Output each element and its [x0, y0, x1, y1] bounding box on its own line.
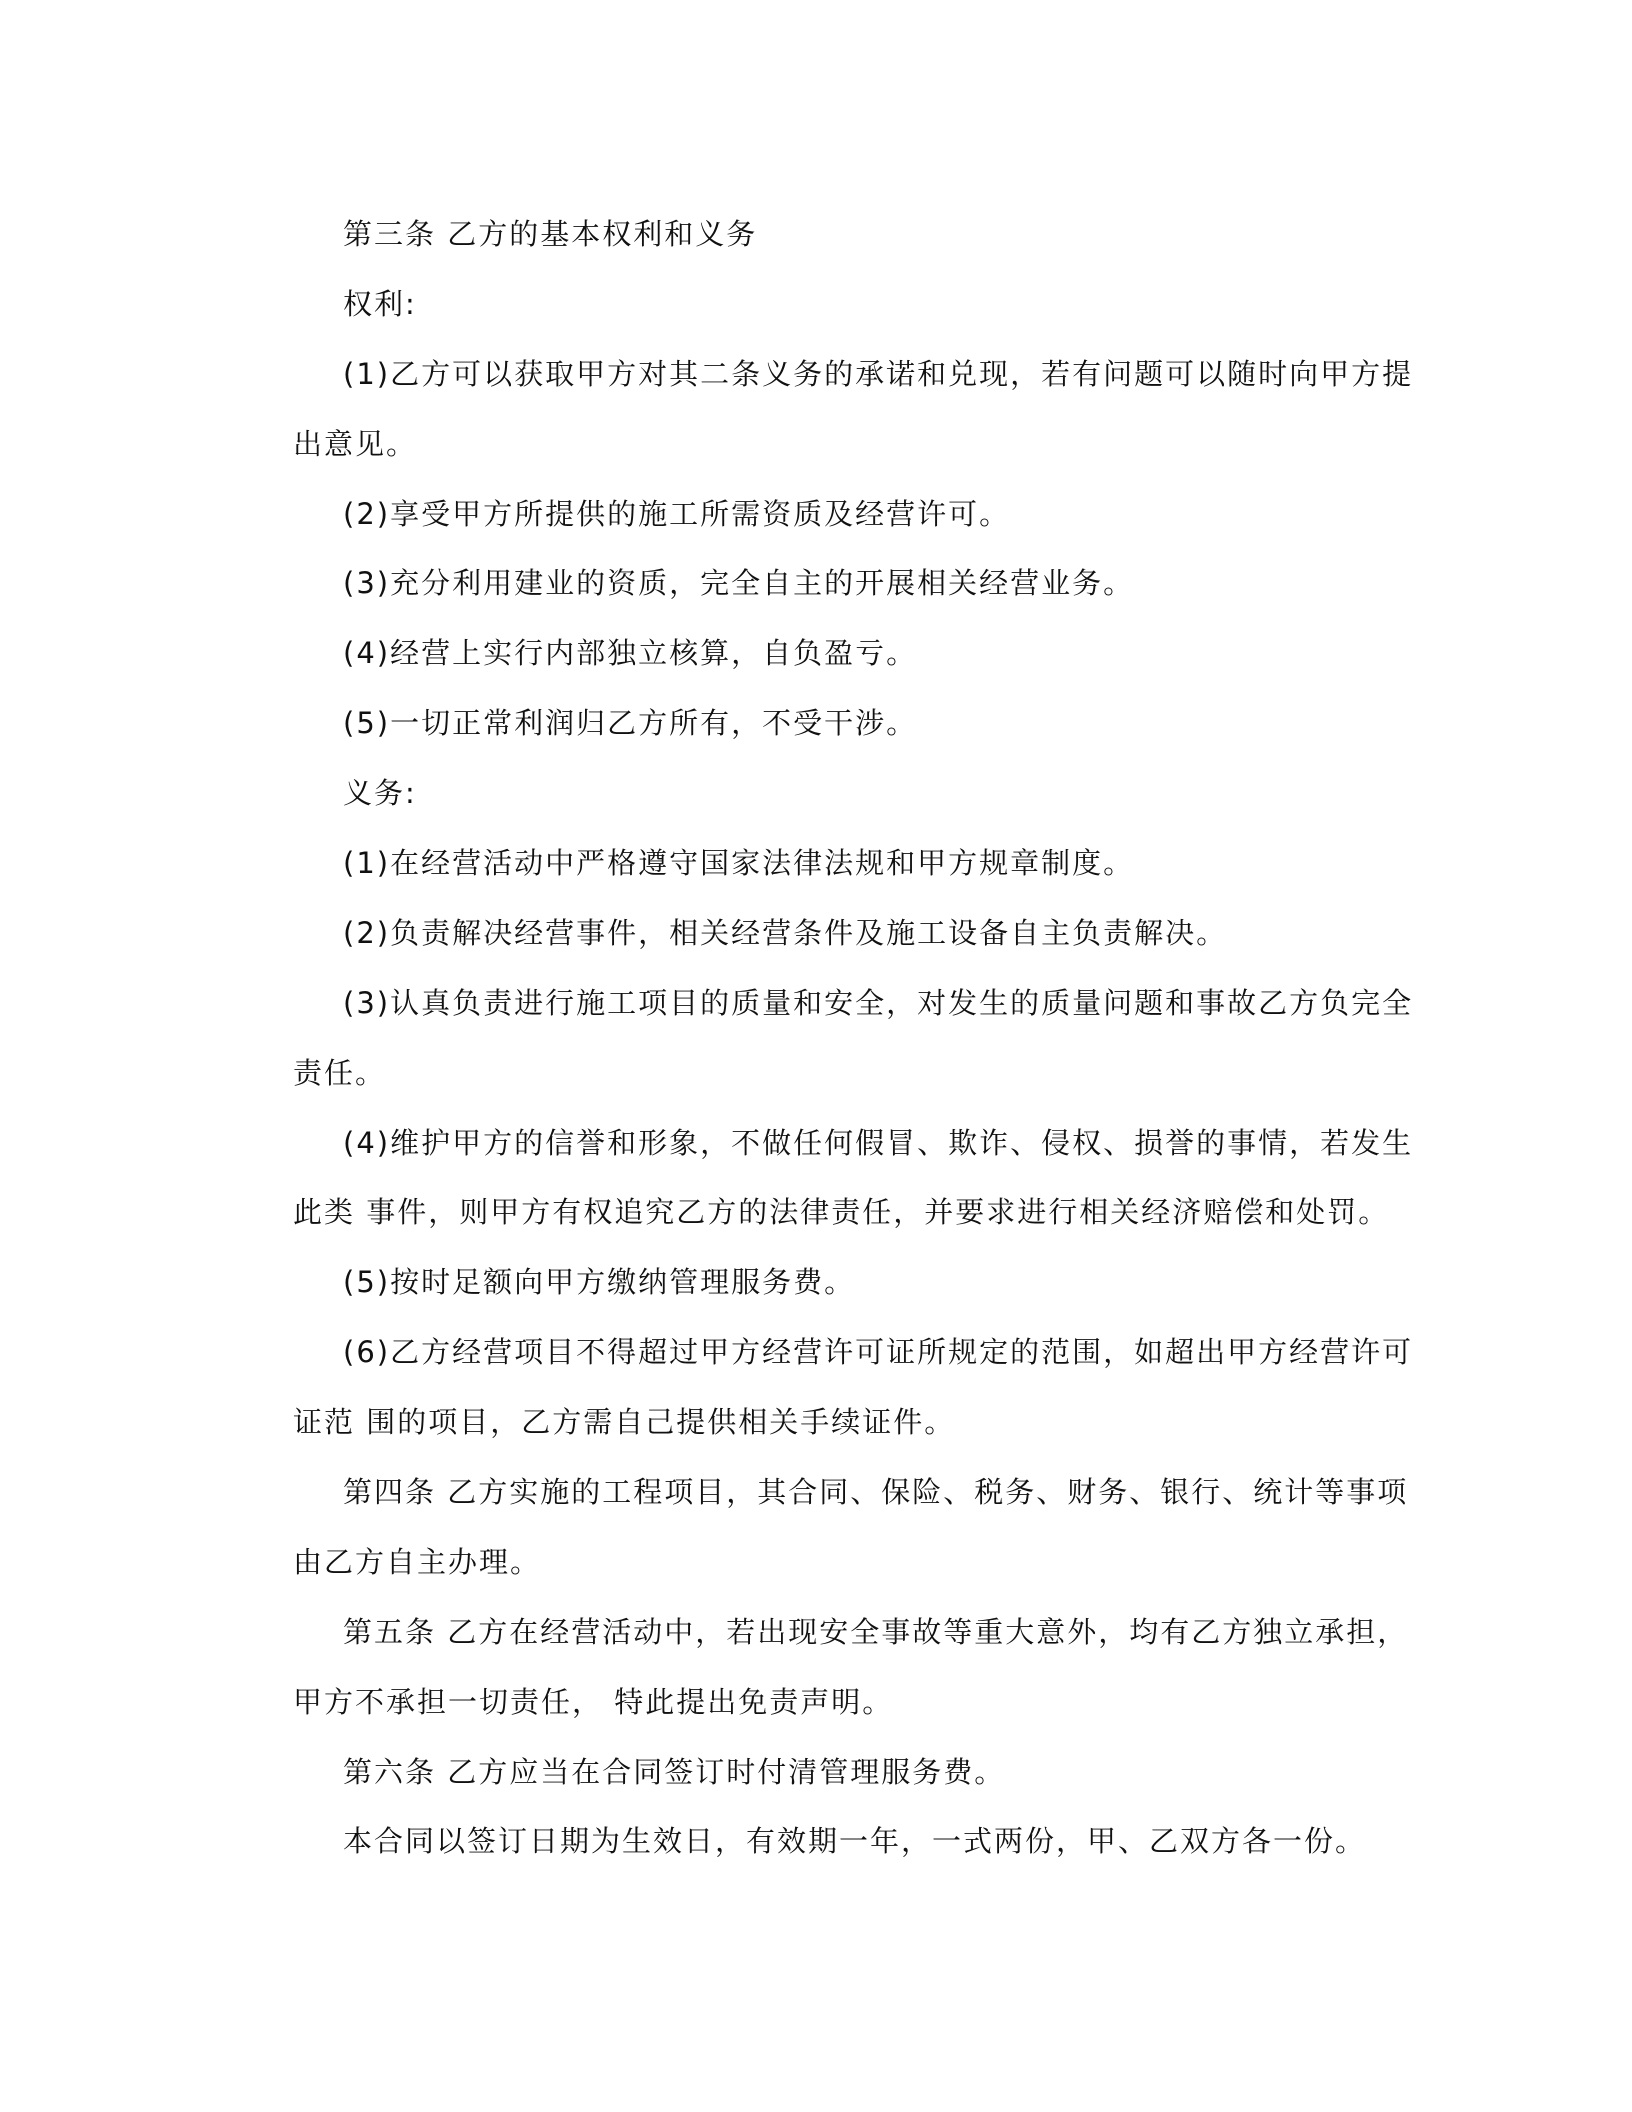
rights-subheading: 权利:	[243, 270, 1393, 340]
text-line: 由乙方自主办理。	[243, 1528, 1393, 1598]
obligations-item-4: (4)维护甲方的信誉和形象，不做任何假冒、欺诈、侵权、损誉的事情，若发生 此类 …	[243, 1109, 1393, 1249]
text-line: (4)维护甲方的信誉和形象，不做任何假冒、欺诈、侵权、损誉的事情，若发生	[243, 1109, 1393, 1179]
rights-item-2: (2)享受甲方所提供的施工所需资质及经营许可。	[243, 480, 1393, 550]
rights-item-1: (1)乙方可以获取甲方对其二条义务的承诺和兑现，若有问题可以随时向甲方提 出意见…	[243, 340, 1393, 480]
text-line: 第六条 乙方应当在合同签订时付清管理服务费。	[243, 1738, 1393, 1808]
article-6: 第六条 乙方应当在合同签订时付清管理服务费。	[243, 1738, 1393, 1808]
rights-item-5: (5)一切正常利润归乙方所有，不受干涉。	[243, 689, 1393, 759]
article-5: 第五条 乙方在经营活动中，若出现安全事故等重大意外，均有乙方独立承担， 甲方不承…	[243, 1598, 1393, 1738]
text-line: (5)一切正常利润归乙方所有，不受干涉。	[243, 689, 1393, 759]
document-page: 第三条 乙方的基本权利和义务 权利: (1)乙方可以获取甲方对其二条义务的承诺和…	[243, 200, 1393, 1877]
text-line: 第三条 乙方的基本权利和义务	[243, 200, 1393, 270]
text-line: (4)经营上实行内部独立核算，自负盈亏。	[243, 619, 1393, 689]
closing-statement: 本合同以签订日期为生效日，有效期一年，一式两份，甲、乙双方各一份。	[243, 1807, 1393, 1877]
obligations-item-5: (5)按时足额向甲方缴纳管理服务费。	[243, 1248, 1393, 1318]
text-line: 义务:	[243, 759, 1393, 829]
text-line: (1)在经营活动中严格遵守国家法律法规和甲方规章制度。	[243, 829, 1393, 899]
text-line: (1)乙方可以获取甲方对其二条义务的承诺和兑现，若有问题可以随时向甲方提	[243, 340, 1393, 410]
text-line: (6)乙方经营项目不得超过甲方经营许可证所规定的范围，如超出甲方经营许可	[243, 1318, 1393, 1388]
text-line: 第四条 乙方实施的工程项目，其合同、保险、税务、财务、银行、统计等事项	[243, 1458, 1393, 1528]
rights-item-3: (3)充分利用建业的资质，完全自主的开展相关经营业务。	[243, 549, 1393, 619]
obligations-item-3: (3)认真负责进行施工项目的质量和安全，对发生的质量问题和事故乙方负完全 责任。	[243, 969, 1393, 1109]
text-line: (2)享受甲方所提供的施工所需资质及经营许可。	[243, 480, 1393, 550]
text-line: 本合同以签订日期为生效日，有效期一年，一式两份，甲、乙双方各一份。	[243, 1807, 1393, 1877]
text-line: (2)负责解决经营事件，相关经营条件及施工设备自主负责解决。	[243, 899, 1393, 969]
obligations-subheading: 义务:	[243, 759, 1393, 829]
text-line: 责任。	[243, 1039, 1393, 1109]
text-line: 权利:	[243, 270, 1393, 340]
text-line: 第五条 乙方在经营活动中，若出现安全事故等重大意外，均有乙方独立承担，	[243, 1598, 1393, 1668]
text-line: 证范 围的项目，乙方需自己提供相关手续证件。	[243, 1388, 1393, 1458]
text-line: (3)充分利用建业的资质，完全自主的开展相关经营业务。	[243, 549, 1393, 619]
text-line: (5)按时足额向甲方缴纳管理服务费。	[243, 1248, 1393, 1318]
rights-item-4: (4)经营上实行内部独立核算，自负盈亏。	[243, 619, 1393, 689]
text-line: 甲方不承担一切责任， 特此提出免责声明。	[243, 1668, 1393, 1738]
obligations-item-6: (6)乙方经营项目不得超过甲方经营许可证所规定的范围，如超出甲方经营许可 证范 …	[243, 1318, 1393, 1458]
text-line: 此类 事件，则甲方有权追究乙方的法律责任，并要求进行相关经济赔偿和处罚。	[243, 1178, 1393, 1248]
obligations-item-1: (1)在经营活动中严格遵守国家法律法规和甲方规章制度。	[243, 829, 1393, 899]
text-line: 出意见。	[243, 410, 1393, 480]
obligations-item-2: (2)负责解决经营事件，相关经营条件及施工设备自主负责解决。	[243, 899, 1393, 969]
text-line: (3)认真负责进行施工项目的质量和安全，对发生的质量问题和事故乙方负完全	[243, 969, 1393, 1039]
article-4: 第四条 乙方实施的工程项目，其合同、保险、税务、财务、银行、统计等事项 由乙方自…	[243, 1458, 1393, 1598]
article-3-heading: 第三条 乙方的基本权利和义务	[243, 200, 1393, 270]
